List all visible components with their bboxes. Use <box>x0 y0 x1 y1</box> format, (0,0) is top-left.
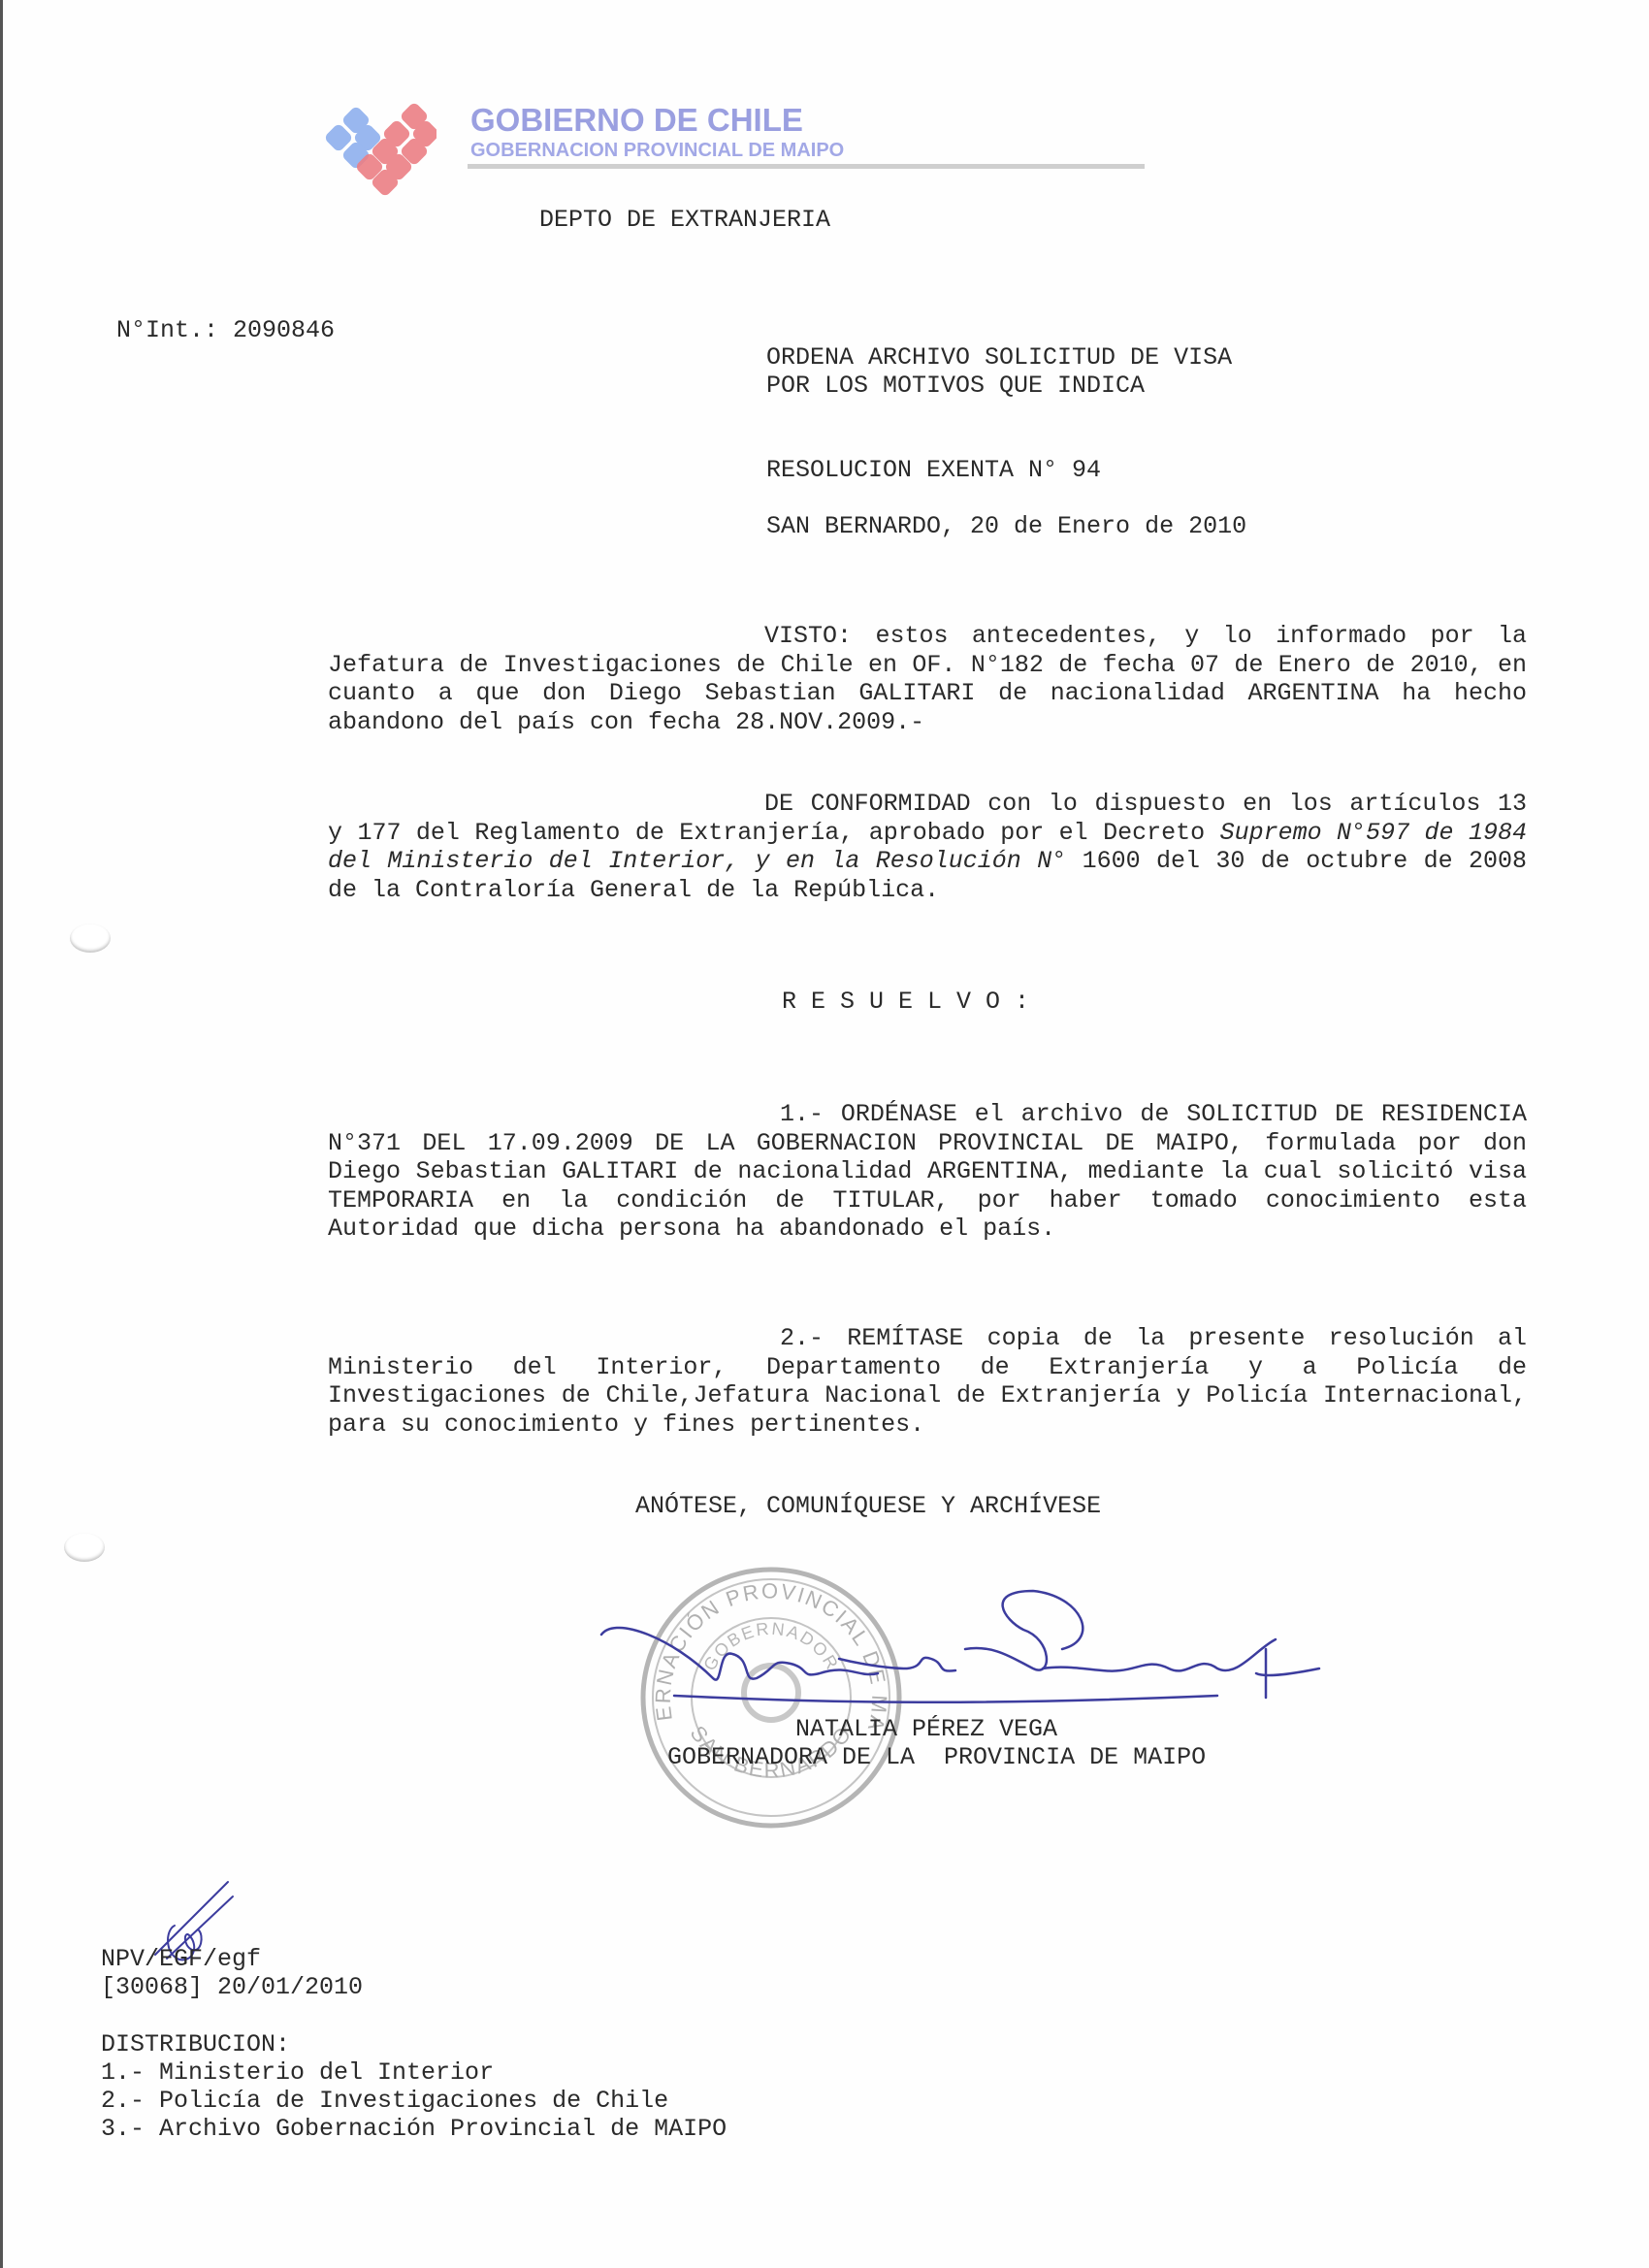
punch-hole <box>64 1533 105 1562</box>
resolution-item-2: 2.- REMÍTASE copia de la presente resolu… <box>328 1324 1527 1439</box>
distribution-item: 2.- Policía de Investigaciones de Chile <box>101 2087 668 2115</box>
distribution-item: 3.- Archivo Gobernación Provincial de MA… <box>101 2115 727 2143</box>
punch-hole <box>70 923 111 953</box>
resolution-number: RESOLUCION EXENTA N° 94 <box>766 456 1101 484</box>
subject-line-2: POR LOS MOTIVOS QUE INDICA <box>766 372 1145 400</box>
conformidad-lead: DE CONFORMIDAD <box>764 790 971 818</box>
distribution-item: 1.- Ministerio del Interior <box>101 2058 494 2087</box>
closing-formula: ANÓTESE, COMUNÍQUESE Y ARCHÍVESE <box>635 1492 1101 1520</box>
signatory-name: NATALIA PÉREZ VEGA <box>795 1715 1057 1743</box>
internal-number-value: 2090846 <box>233 316 335 344</box>
distribution-label: DISTRIBUCION: <box>101 2030 290 2058</box>
visto-paragraph: VISTO: estos antecedentes, y lo informad… <box>328 622 1527 736</box>
record-line: [30068] 20/01/2010 <box>101 1973 363 2001</box>
org-subtitle: GOBERNACION PROVINCIAL DE MAIPO <box>470 140 844 162</box>
item-number: 1.- <box>780 1100 824 1128</box>
visto-lead: VISTO: <box>764 622 852 650</box>
item-number: 2.- <box>780 1324 824 1352</box>
header-rule <box>468 164 1145 169</box>
visto-text: estos antecedentes, y lo informado por l… <box>328 622 1527 736</box>
signatory-title: GOBERNADORA DE LA PROVINCIA DE MAIPO <box>667 1743 1206 1771</box>
chile-government-logo-icon <box>320 102 436 199</box>
resolution-item-1: 1.- ORDÉNASE el archivo de SOLICITUD DE … <box>328 1100 1527 1244</box>
department-name: DEPTO DE EXTRANJERIA <box>539 206 830 234</box>
item-verb: REMÍTASE <box>847 1324 963 1352</box>
place-date: SAN BERNARDO, 20 de Enero de 2010 <box>766 512 1246 540</box>
subject-line-1: ORDENA ARCHIVO SOLICITUD DE VISA <box>766 343 1232 372</box>
conformidad-paragraph: DE CONFORMIDAD con lo dispuesto en los a… <box>328 790 1527 904</box>
page-left-edge <box>0 0 3 2268</box>
item-verb: ORDÉNASE <box>841 1100 957 1128</box>
initials-line: NPV/EGF/egf <box>101 1945 261 1973</box>
internal-number: N°Int.: 2090846 <box>116 316 335 344</box>
handwritten-signature-icon <box>597 1581 1334 1727</box>
resuelvo-heading: R E S U E L V O : <box>782 988 1029 1016</box>
internal-number-label: N°Int.: <box>116 316 218 344</box>
org-title: GOBIERNO DE CHILE <box>470 102 803 139</box>
